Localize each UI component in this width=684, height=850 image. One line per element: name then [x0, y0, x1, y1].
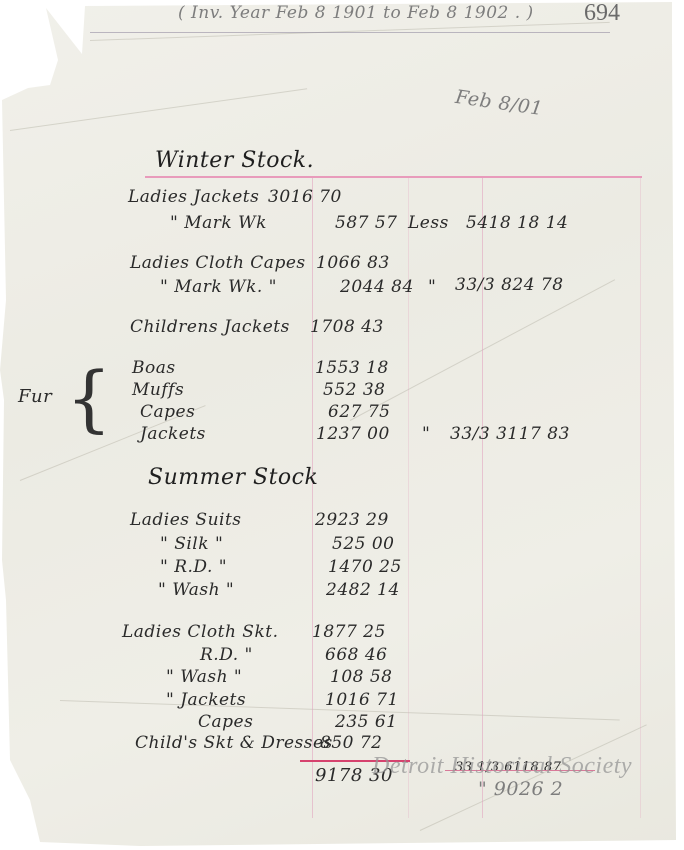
row-amount: 108 58 [330, 667, 392, 687]
row-amount: 1237 00 [316, 424, 390, 444]
row-amount: 2482 14 [326, 580, 400, 600]
row-amount: 627 75 [328, 402, 390, 422]
row-label: Child's Skt & Dresses [135, 733, 333, 753]
row-amount: 850 72 [320, 733, 382, 753]
winter-stock-title: Winter Stock. [155, 148, 314, 173]
row-label: " Jackets [166, 690, 246, 710]
row-note: Less [408, 213, 449, 233]
row-amount: 1708 43 [310, 317, 384, 337]
ledger-page: ( Inv. Year Feb 8 1901 to Feb 8 1902 . )… [0, 0, 684, 850]
row-amount: 587 57 [335, 213, 397, 233]
page-number: 694 [584, 0, 620, 27]
row-amount: 3016 70 [268, 187, 342, 207]
row-amount: 1066 83 [316, 253, 390, 273]
row-label: Jackets [140, 424, 206, 444]
row-amount: 1877 25 [312, 622, 386, 642]
row-label: " Mark Wk [170, 213, 267, 233]
row-note: " [422, 424, 430, 444]
row-label: Capes [140, 402, 195, 422]
column-rule [408, 178, 409, 818]
brace-icon: { [66, 358, 112, 438]
row-amount: 2044 84 [340, 277, 414, 297]
row-label: R.D. " [200, 645, 253, 665]
top-rule [90, 32, 610, 33]
date-note: Feb 8/01 [454, 86, 544, 120]
header-rule [145, 176, 642, 178]
row-result: 5418 18 14 [466, 213, 568, 233]
row-amount: 668 46 [325, 645, 387, 665]
row-label: Muffs [132, 380, 184, 400]
row-label: Ladies Jackets [128, 187, 259, 207]
row-note: " [428, 277, 436, 297]
summer-stock-title: Summer Stock [148, 465, 318, 490]
row-label: Capes [198, 712, 253, 732]
row-amount: 1016 71 [325, 690, 399, 710]
row-amount: 235 61 [335, 712, 397, 732]
row-label: " Silk " [160, 534, 223, 554]
row-result: 33/3 3117 83 [450, 424, 570, 444]
row-amount: 1470 25 [328, 557, 402, 577]
row-amount: 1553 18 [315, 358, 389, 378]
column-rule [312, 178, 313, 818]
row-label: " Wash " [166, 667, 242, 687]
row-result: 33/3 824 78 [455, 275, 564, 295]
row-label: " R.D. " [160, 557, 227, 577]
row-amount: 2923 29 [315, 510, 389, 530]
row-label: Boas [132, 358, 176, 378]
row-label: " Mark Wk. " [160, 277, 277, 297]
row-label: Ladies Cloth Capes [130, 253, 306, 273]
inventory-year-note: ( Inv. Year Feb 8 1901 to Feb 8 1902 . ) [178, 3, 534, 23]
column-rule [482, 178, 483, 818]
row-label: " Wash " [158, 580, 234, 600]
row-label: Childrens Jackets [130, 317, 290, 337]
row-amount: 552 38 [323, 380, 385, 400]
row-amount: 525 00 [332, 534, 394, 554]
watermark: Detroit Historical Society [372, 753, 632, 780]
row-label: Ladies Cloth Skt. [122, 622, 278, 642]
final-total: " 9026 2 [478, 778, 563, 800]
paper-crease [10, 88, 307, 131]
fur-group-label: Fur [18, 386, 52, 407]
row-label: Ladies Suits [130, 510, 242, 530]
column-rule [640, 178, 641, 818]
